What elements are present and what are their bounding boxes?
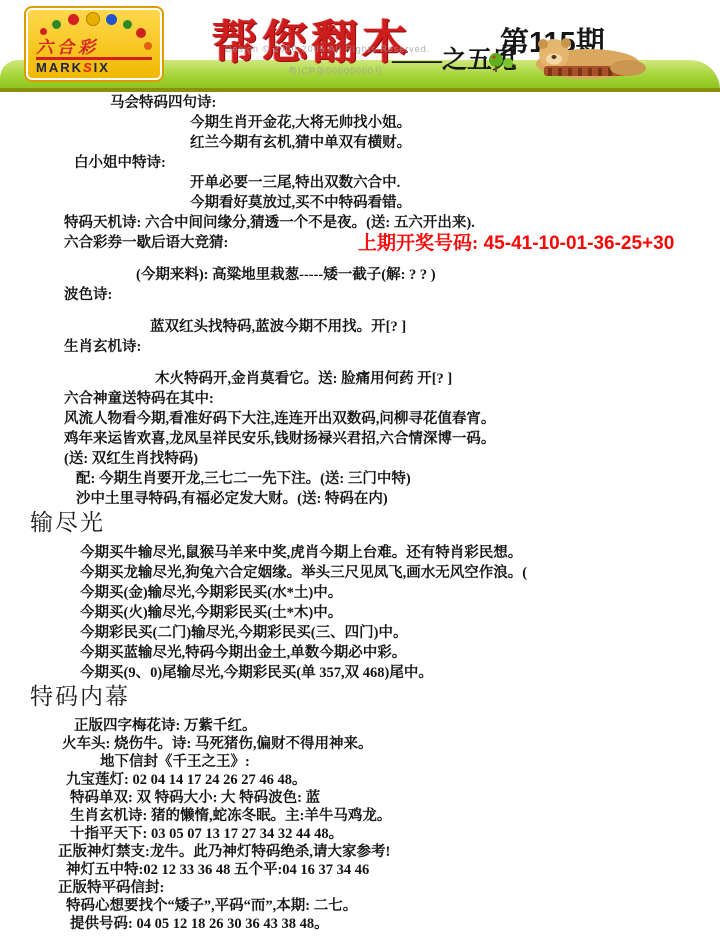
body-line: 火车头: 烧伤牛。诗: 马死猪伤,偏财不得用神来。	[62, 736, 720, 752]
copyright-watermark: Design © 2000-2005 All Rights Reserved.	[225, 44, 430, 54]
logo-dot	[40, 28, 47, 35]
logo-brand-right: IX	[94, 60, 110, 75]
mark-six-logo: 六合彩 MARKSIX	[24, 6, 164, 82]
body-line: 九宝莲灯: 02 04 14 17 24 26 27 46 48。	[66, 772, 720, 788]
tip-sheet-body: 马会特码四句诗:今期生肖开金花,大将无帅找小姐。红兰今期有玄机,猜中单双有横财。…	[0, 94, 720, 934]
body-line: 蓝双红头找特码,蓝波今期不用找。开[? ]	[150, 318, 720, 336]
body-line: 今期买(9、0)尾输尽光,今期彩民买(单 357,双 468)尾中。	[80, 664, 720, 682]
logo-dot	[68, 14, 79, 25]
logo-brand-left: MARK	[36, 60, 83, 75]
section-title-temaneimu: 特码内幕	[30, 684, 720, 710]
logo-dot	[123, 20, 132, 29]
bear-mascot-illustration	[488, 30, 658, 82]
body-line: 今期生肖开金花,大将无帅找小姐。	[190, 114, 720, 132]
logo-dot	[106, 14, 117, 25]
last-draw-result: 上期开奖号码: 45-41-10-01-36-25+30	[358, 228, 674, 255]
body-line: 风流人物看今期,看准好码下大注,连连开出双数码,问柳寻花值春宵。	[64, 410, 720, 428]
body-line: (送: 双红生肖找特码)	[64, 450, 720, 468]
body-line: 木火特码开,金肖莫看它。送: 脸痛用何药 开[? ]	[155, 370, 720, 388]
logo-dot	[136, 28, 146, 38]
body-line: 生肖玄机诗: 猪的懒惰,蛇冻冬眠。主:羊牛马鸡龙。	[70, 808, 720, 824]
last-draw-numbers: 45-41-10-01-36-25+30	[484, 233, 675, 254]
body-line: 今期买龙输尽光,狗兔六合定姻缘。举头三尺见凤飞,画水无风空作浪。(	[80, 564, 720, 582]
body-line: 今期买(火)输尽光,今期彩民买(土*木)中。	[80, 604, 720, 622]
body-line: 开单必要一三尾,特出双数六合中.	[190, 174, 720, 192]
lightning-bolt-icon: S	[83, 60, 94, 75]
logo-chinese-text: 六合彩	[36, 38, 152, 60]
body-line: 今期彩民买(二门)输尽光,今期彩民买(三、四门)中。	[80, 624, 720, 642]
body-line: 白小姐中特诗:	[74, 154, 720, 172]
body-line: 波色诗:	[64, 286, 720, 304]
body-line: 生肖玄机诗:	[64, 338, 720, 356]
section-title-shujinguang: 输尽光	[30, 510, 720, 536]
lottery-tip-sheet-page: 六合彩 MARKSIX 帮您翻本 ——之五鬼 第115期 Design © 20…	[0, 0, 720, 942]
body-line: (今期来料): 高粱地里栽葱-----矮一截子(解: ? ? )	[136, 266, 720, 284]
last-draw-label: 上期开奖号码:	[358, 233, 478, 254]
icp-watermark: 粤ICP备00000000号	[288, 64, 384, 77]
body-line: 正版特平码信封:	[58, 880, 720, 896]
body-line: 特码心想要找个“矮子”,平码“而”,本期: 二七。	[66, 898, 720, 914]
body-line: 今期买蓝输尽光,特码今期出金土,单数今期必中彩。	[80, 644, 720, 662]
body-line: 配: 今期生肖要开龙,三七二一先下注。(送: 三门中特)	[76, 470, 720, 488]
body-line: 今期看好莫放过,买不中特码看错。	[190, 194, 720, 212]
body-line: 神灯五中特:02 12 33 36 48 五个平:04 16 37 34 46	[66, 862, 720, 878]
body-line: 今期买牛输尽光,鼠猴马羊来中奖,虎肖今期上台难。还有特肖彩民想。	[80, 544, 720, 562]
body-line: 特码单双: 双 特码大小: 大 特码波色: 蓝	[70, 790, 720, 806]
body-line: 沙中土里寻特码,有福必定发大财。(送: 特码在内)	[76, 490, 720, 508]
body-line: 十指平天下: 03 05 07 13 17 27 34 32 44 48。	[70, 826, 720, 842]
page-title: 帮您翻本	[212, 6, 412, 72]
logo-dot	[52, 20, 61, 29]
body-line: 鸡年来运皆欢喜,龙凤呈祥民安乐,钱财扬禄兴君招,六合情深博一码。	[64, 430, 720, 448]
body-line: 红兰今期有玄机,猜中单双有横财。	[190, 134, 720, 152]
body-line: 今期买(金)输尽光,今期彩民买(水*土)中。	[80, 584, 720, 602]
page-header: 六合彩 MARKSIX 帮您翻本 ——之五鬼 第115期 Design © 20…	[0, 0, 720, 92]
body-line: 六合神童送特码在其中:	[64, 390, 720, 408]
body-line: 正版神灯禁支:龙牛。此乃神灯特码绝杀,请大家参考!	[58, 844, 720, 860]
logo-brand-text: MARKSIX	[36, 60, 152, 75]
body-line: 马会特码四句诗:	[110, 94, 720, 112]
body-line: 提供号码: 04 05 12 18 26 30 36 43 38 48。	[70, 916, 720, 932]
logo-dot	[86, 12, 100, 26]
body-line: 地下信封《千王之王》:	[100, 754, 720, 770]
body-line: 正版四字梅花诗: 万紫千红。	[74, 718, 720, 734]
